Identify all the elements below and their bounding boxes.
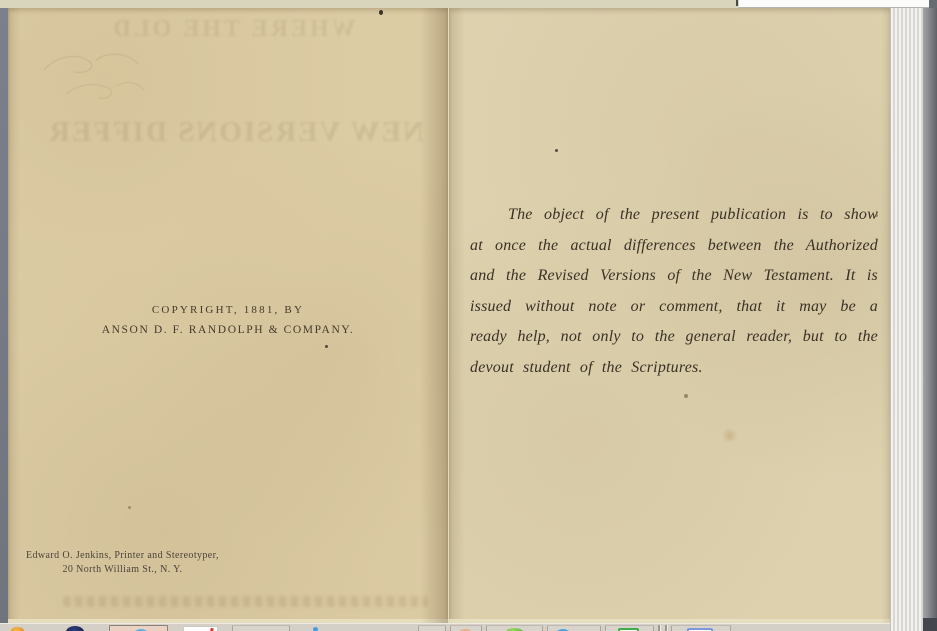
book-page-left: WHERE THE OLD NEW VERSIONS DIFFER COPYRI… [8, 8, 448, 623]
screenshot-root: WHERE THE OLD NEW VERSIONS DIFFER COPYRI… [0, 0, 937, 631]
bleedthrough-text-smudge [63, 596, 428, 607]
taskbar[interactable] [0, 623, 890, 631]
taskbar-button[interactable] [486, 625, 543, 631]
copyright-line2: ANSON D. F. RANDOLPH & COMPANY. [8, 320, 448, 340]
printer-line2: 20 North William St., N. Y. [26, 563, 219, 577]
fox-spot [325, 345, 328, 348]
field-edge-tick [736, 0, 738, 6]
top-corner-shadow [929, 0, 937, 8]
blue-speck-icon [313, 627, 318, 631]
taskbar-separator [658, 625, 661, 631]
taskbar-button[interactable] [671, 625, 731, 631]
bleedthrough-title-mid: NEW VERSIONS DIFFER [23, 116, 448, 149]
right-shadow [923, 8, 937, 631]
taskbar-button[interactable] [232, 625, 290, 631]
browser-field-fragment[interactable] [739, 0, 929, 8]
fox-spot [128, 506, 131, 509]
navy-app-icon[interactable] [66, 626, 84, 631]
copyright-block: COPYRIGHT, 1881, BY ANSON D. F. RANDOLPH… [8, 300, 448, 340]
taskbar-button[interactable] [605, 625, 654, 631]
stain-spot [721, 428, 738, 443]
taskbar-button[interactable] [547, 625, 601, 631]
printer-line1: Edward O. Jenkins, Printer and Stereotyp… [26, 549, 219, 563]
bleedthrough-handwriting [26, 42, 176, 112]
fox-spot [684, 394, 688, 398]
bleedthrough-title-top: WHERE THE OLD [68, 16, 398, 43]
fox-spot [555, 149, 558, 152]
fox-spot [875, 214, 878, 217]
book-fore-edge-pages [890, 8, 924, 631]
document-red-accent-icon[interactable] [183, 626, 218, 631]
bottom-right-corner [923, 618, 937, 631]
taskbar-button[interactable] [418, 625, 446, 631]
orange-app-icon[interactable] [11, 627, 24, 631]
taskbar-button-active[interactable] [109, 625, 168, 631]
printer-imprint-block: Edward O. Jenkins, Printer and Stereotyp… [26, 549, 219, 576]
preface-paragraph: The object of the present publication is… [470, 200, 878, 383]
book-page-right: The object of the present publication is… [448, 8, 891, 623]
fox-spot [379, 10, 383, 15]
taskbar-separator [665, 625, 668, 631]
taskbar-button[interactable] [450, 625, 482, 631]
copyright-line1: COPYRIGHT, 1881, BY [8, 300, 448, 320]
